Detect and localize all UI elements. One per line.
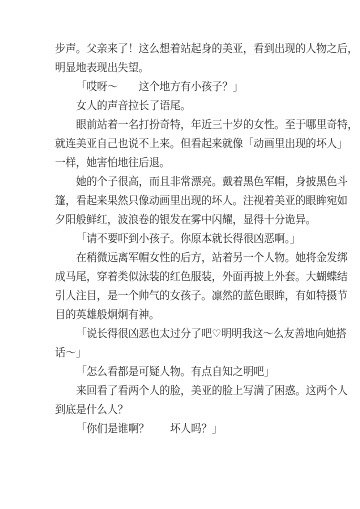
text-line: 篷，看起来果然只像动画里出现的坏人。注视着美亚的眼眸宛如 bbox=[55, 192, 305, 211]
text-line: 一样，她害怕地往后退。 bbox=[55, 154, 305, 173]
text-line: 步声。父亲来了！这么想着站起身的美亚，看到出现的人物之后， bbox=[55, 40, 305, 59]
text-line: 明显地表现出失望。 bbox=[55, 59, 305, 78]
body-text: 步声。父亲来了！这么想着站起身的美亚，看到出现的人物之后， 明显地表现出失望。 … bbox=[55, 40, 305, 439]
dialogue-line: 「你们是谁啊？ 坏人吗？」 bbox=[55, 420, 305, 439]
text-line: 目的英雄般炯炯有神。 bbox=[55, 306, 305, 325]
dialogue-line: 「怎么看都是可疑人物。有点自知之明吧」 bbox=[55, 363, 305, 382]
text-line: 成马尾，穿着类似泳装的红色服装，外面再披上外套。大蝴蝶结 bbox=[55, 268, 305, 287]
dialogue-line: 「说长得很凶恶也太过分了吧♡明明我这～么友善地向她搭 bbox=[55, 325, 305, 344]
text-line: 女人的声音拉长了语尾。 bbox=[55, 97, 305, 116]
document-page: 步声。父亲来了！这么想着站起身的美亚，看到出现的人物之后， 明显地表现出失望。 … bbox=[0, 0, 360, 509]
text-line: 引人注目，是一个帅气的女孩子。凛然的蓝色眼眸，有如特摄节 bbox=[55, 287, 305, 306]
dialogue-line: 话～」 bbox=[55, 344, 305, 363]
dialogue-line: 「哎呀～ 这个地方有小孩子？」 bbox=[55, 78, 305, 97]
text-line: 就连美亚自己也说不上来。但看起来就像「动画里出现的坏人」 bbox=[55, 135, 305, 154]
dialogue-line: 「请不要吓到小孩子。你原本就长得很凶恶啊。」 bbox=[55, 230, 305, 249]
text-line: 她的个子很高，而且非常漂亮。戴着黑色军帽，身披黑色斗 bbox=[55, 173, 305, 192]
text-line: 夕阳般鲜红，波浪卷的银发在雾中闪耀，显得十分诡异。 bbox=[55, 211, 305, 230]
text-line: 在稍微远离军帽女性的后方，站着另一个人物。她将金发绑 bbox=[55, 249, 305, 268]
text-line: 眼前站着一名打扮奇特，年近三十岁的女性。至于哪里奇特， bbox=[55, 116, 305, 135]
text-line: 来回看了看两个人的脸，美亚的脸上写满了困惑。这两个人 bbox=[55, 382, 305, 401]
text-line: 到底是什么人？ bbox=[55, 401, 305, 420]
